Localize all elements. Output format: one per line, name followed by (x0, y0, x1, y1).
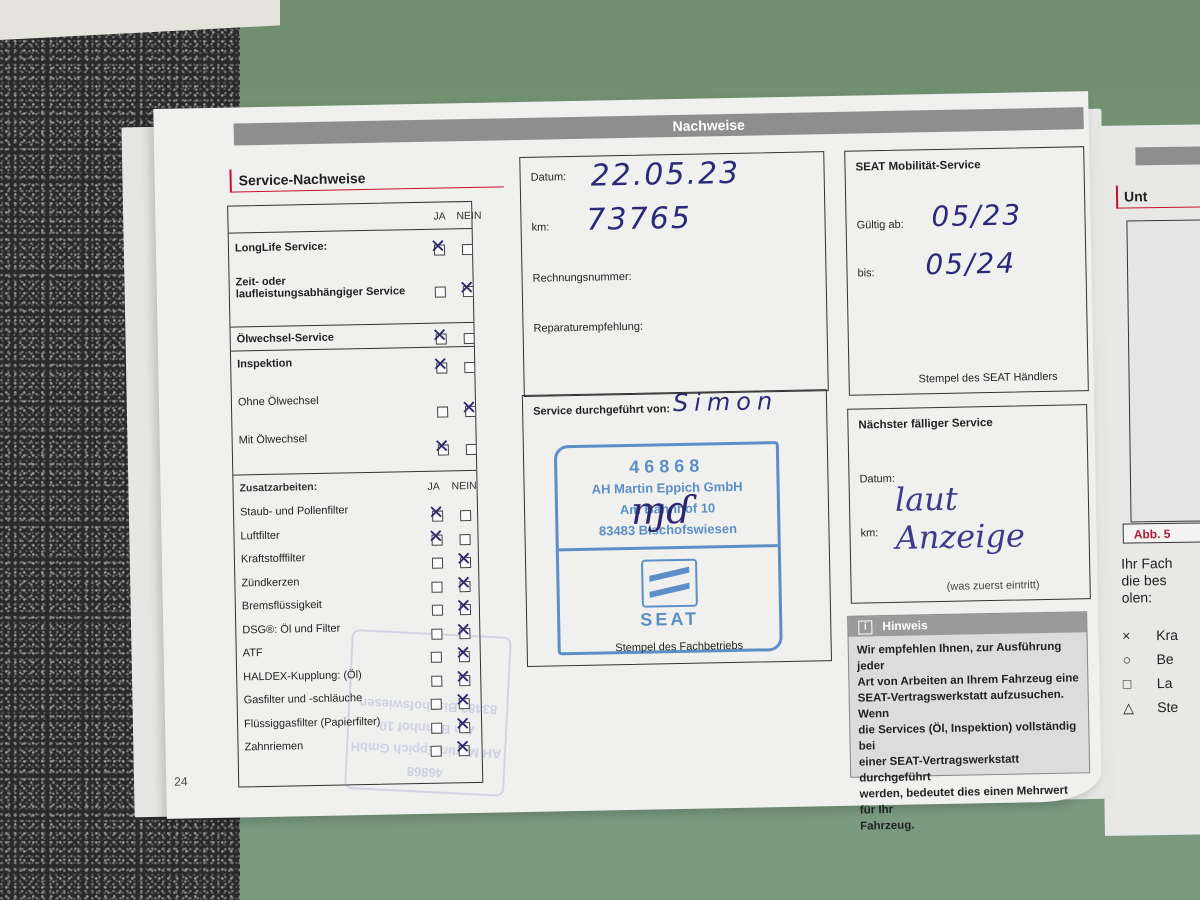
text-line: die bes (1121, 572, 1173, 590)
checkbox-ja[interactable] (431, 605, 442, 616)
checkbox-nein[interactable] (465, 406, 476, 417)
checkbox-nein[interactable] (459, 745, 470, 756)
checkbox-ja[interactable] (432, 511, 443, 522)
checklist-label: LongLife Service: (235, 239, 410, 254)
invoice-label: Rechnungsnummer: (532, 271, 631, 285)
checklist-row: Ölwechsel-Service (231, 329, 474, 334)
checkbox-ja[interactable] (435, 286, 446, 297)
extras-label: Bremsflüssigkeit (242, 599, 322, 613)
valid-from-label: Gültig ab: (857, 219, 904, 232)
checkbox-ja[interactable] (431, 746, 442, 757)
cross-icon: × (1122, 623, 1156, 647)
hinweis-line: SEAT-Vertragswerkstatt aufzusuchen. Wenn (858, 686, 1081, 722)
mobility-service-box: SEAT Mobilität-Service Gültig ab: 05/23 … (844, 146, 1089, 396)
checklist-row: Ohne Ölwechsel (232, 392, 475, 397)
checkbox-nein[interactable] (463, 286, 474, 297)
checklist-row: Mit Ölwechsel (233, 430, 476, 435)
legend-text: Be (1156, 651, 1173, 667)
legend-item: □La (1123, 671, 1179, 696)
right-page-figure (1126, 219, 1200, 522)
section-band-title: Nachweise (633, 113, 783, 138)
extras-label: Zündkerzen (241, 576, 299, 589)
text-line: Ihr Fach (1121, 555, 1173, 573)
legend-item: △Ste (1123, 695, 1179, 720)
checkbox-nein[interactable] (464, 333, 475, 344)
hinweis-line: werden, bedeutet dies einen Mehrwert für… (859, 782, 1082, 818)
checklist-row: Inspektion (231, 354, 474, 359)
circle-icon: ○ (1122, 647, 1156, 671)
checklist-label: Zeit- oder laufleistungsabhängiger Servi… (236, 273, 411, 300)
extras-row: DSG®: Öl und Filter (236, 619, 479, 624)
valid-to-label: bis: (857, 267, 874, 279)
checkbox-nein[interactable] (459, 675, 470, 686)
checkbox-nein[interactable] (459, 651, 470, 662)
checklist-label: Ohne Ölwechsel (238, 393, 413, 408)
extras-row: Bremsflüssigkeit (236, 596, 479, 601)
checkbox-nein[interactable] (460, 557, 471, 568)
checkbox-nein[interactable] (462, 244, 473, 255)
next-km-label: km: (860, 527, 878, 539)
extras-heading: Zusatzarbeiten: (239, 481, 317, 494)
extras-column-ja: JA (427, 481, 439, 493)
service-record-box: Datum: 22.05.23 km: 73765 Rechnungsnumme… (519, 151, 829, 397)
km-value: 73765 (586, 201, 692, 238)
hinweis-line: Wir empfehlen Ihnen, zur Ausführung jede… (857, 638, 1080, 674)
divider (231, 346, 474, 352)
next-service-box: Nächster fälliger Service Datum: km: lau… (847, 404, 1091, 604)
seat-logo-icon (641, 559, 698, 608)
service-checklist: 46868 AH Martin Eppich GmbH Am Bahnhof 1… (227, 201, 483, 788)
column-nein: NEIN (456, 210, 481, 222)
checkbox-ja[interactable] (438, 444, 449, 455)
checkbox-ja[interactable] (431, 652, 442, 663)
checkbox-nein[interactable] (466, 444, 477, 455)
extras-label: Kraftstofffilter (241, 552, 306, 565)
square-icon: □ (1123, 671, 1157, 695)
checkbox-ja[interactable] (432, 581, 443, 592)
checkbox-nein[interactable] (460, 581, 471, 592)
right-page-text: Ihr Fach die bes olen: (1121, 555, 1173, 607)
extras-row: Staub- und Pollenfilter (234, 502, 477, 507)
main-items: LongLife Service:Zeit- oder laufleistung… (228, 202, 471, 207)
checklist-label: Inspektion (237, 355, 412, 370)
legend-text: Ste (1157, 699, 1178, 715)
extras-label: Zahnriemen (244, 740, 303, 753)
legend-text: La (1157, 675, 1173, 691)
ghost-stamp-imprint: 46868 AH Martin Eppich GmbH Am Bahnhof 1… (344, 629, 512, 797)
mobility-service-title: SEAT Mobilität-Service (855, 159, 980, 173)
hinweis-line: die Services (Öl, Inspektion) vollständi… (858, 718, 1081, 754)
performed-by-label: Service durchgeführt von: (533, 403, 670, 418)
extras-row: Zündkerzen (235, 572, 478, 577)
checkbox-nein[interactable] (460, 510, 471, 521)
performed-by-value: Simon (673, 387, 779, 417)
date-value: 22.05.23 (590, 156, 740, 194)
valid-from-value: 05/23 (931, 198, 1022, 233)
booklet-page: Nachweise Service-Nachweise 46868 AH Mar… (153, 91, 1101, 819)
checklist-row: Zeit- oder laufleistungsabhängiger Servi… (230, 272, 473, 277)
next-service-title: Nächster fälliger Service (858, 417, 992, 432)
legend-item: ×Kra (1122, 623, 1178, 648)
column-ja: JA (433, 210, 445, 222)
legend-text: Kra (1156, 627, 1178, 643)
hinweis-line: Fahrzeug. (860, 814, 1082, 834)
hinweis-line: einer SEAT-Vertragswerkstatt durchgeführ… (859, 750, 1082, 786)
checkbox-ja[interactable] (436, 362, 447, 373)
checkbox-ja[interactable] (431, 722, 442, 733)
extras-items: Staub- und PollenfilterLuftfilterKraftst… (228, 202, 471, 207)
extras-label: HALDEX-Kupplung: (Öl) (243, 669, 362, 683)
next-date-label: Datum: (859, 473, 895, 486)
hinweis-title: Hinweis (882, 618, 928, 633)
extras-label: Luftfilter (240, 529, 279, 542)
next-service-handwritten: laut Anzeige (895, 477, 1089, 557)
checkbox-ja[interactable] (436, 333, 447, 344)
extras-row: Luftfilter (234, 525, 477, 530)
right-page-heading: Unt (1116, 184, 1200, 209)
checklist-label: Ölwechsel-Service (237, 330, 412, 345)
hinweis-note: iHinweis Wir empfehlen Ihnen, zur Ausfüh… (847, 611, 1090, 778)
checkbox-nein[interactable] (459, 722, 470, 733)
checkbox-nein[interactable] (460, 534, 471, 545)
section-band: Nachweise (234, 107, 1084, 145)
checkbox-nein[interactable] (464, 362, 475, 373)
checkbox-ja[interactable] (432, 534, 443, 545)
km-label: km: (532, 221, 550, 233)
service-nachweise-heading: Service-Nachweise (229, 164, 503, 192)
stamp-brand: SEAT (560, 607, 779, 632)
checkbox-ja[interactable] (437, 406, 448, 417)
signature: ɱɗ (630, 488, 693, 533)
extras-label: ATF (243, 647, 263, 659)
performed-by-box: Service durchgeführt von: Simon 46868 AH… (522, 389, 832, 667)
legend-item: ○Be (1122, 647, 1178, 672)
right-page-figure-caption: Abb. 5 (1123, 522, 1200, 544)
extras-label: Staub- und Pollenfilter (240, 504, 348, 518)
checkbox-ja[interactable] (431, 675, 442, 686)
right-page-legend: ×Kra ○Be □La △Ste (1122, 623, 1179, 720)
checkbox-ja[interactable] (434, 244, 445, 255)
valid-to-value: 05/24 (925, 247, 1016, 282)
extras-label: DSG®: Öl und Filter (242, 622, 340, 636)
extras-row: Kraftstofffilter (235, 549, 478, 554)
checkbox-ja[interactable] (431, 628, 442, 639)
dealer-stamp-caption: Stempel des SEAT Händlers (918, 371, 1057, 386)
date-label: Datum: (531, 171, 567, 184)
dealer-stamp: 46868 AH Martin Eppich GmbH Am Bahnhof 1… (554, 441, 783, 655)
checkbox-nein[interactable] (459, 604, 470, 615)
checklist-label: Mit Ölwechsel (239, 431, 414, 446)
page-number: 24 (174, 775, 188, 789)
hinweis-body: Wir empfehlen Ihnen, zur Ausführung jede… (849, 632, 1091, 841)
stamp-divider (559, 544, 778, 551)
right-page-band (1135, 146, 1200, 165)
triangle-icon: △ (1123, 695, 1157, 719)
checkbox-nein[interactable] (459, 628, 470, 639)
extras-label: Gasfilter und -schläuche (244, 692, 363, 706)
extras-column-nein: NEIN (451, 480, 476, 492)
checklist-row: LongLife Service: (229, 238, 472, 243)
checkbox-nein[interactable] (459, 698, 470, 709)
info-icon: i (858, 620, 872, 634)
checkbox-ja[interactable] (432, 558, 443, 569)
whichever-first-note: (was zuerst eintritt) (947, 579, 1040, 593)
checkbox-ja[interactable] (431, 699, 442, 710)
divider (229, 228, 472, 234)
repair-recommendation-label: Reparaturempfehlung: (533, 321, 643, 335)
divider (233, 470, 476, 476)
text-line: olen: (1122, 589, 1174, 607)
